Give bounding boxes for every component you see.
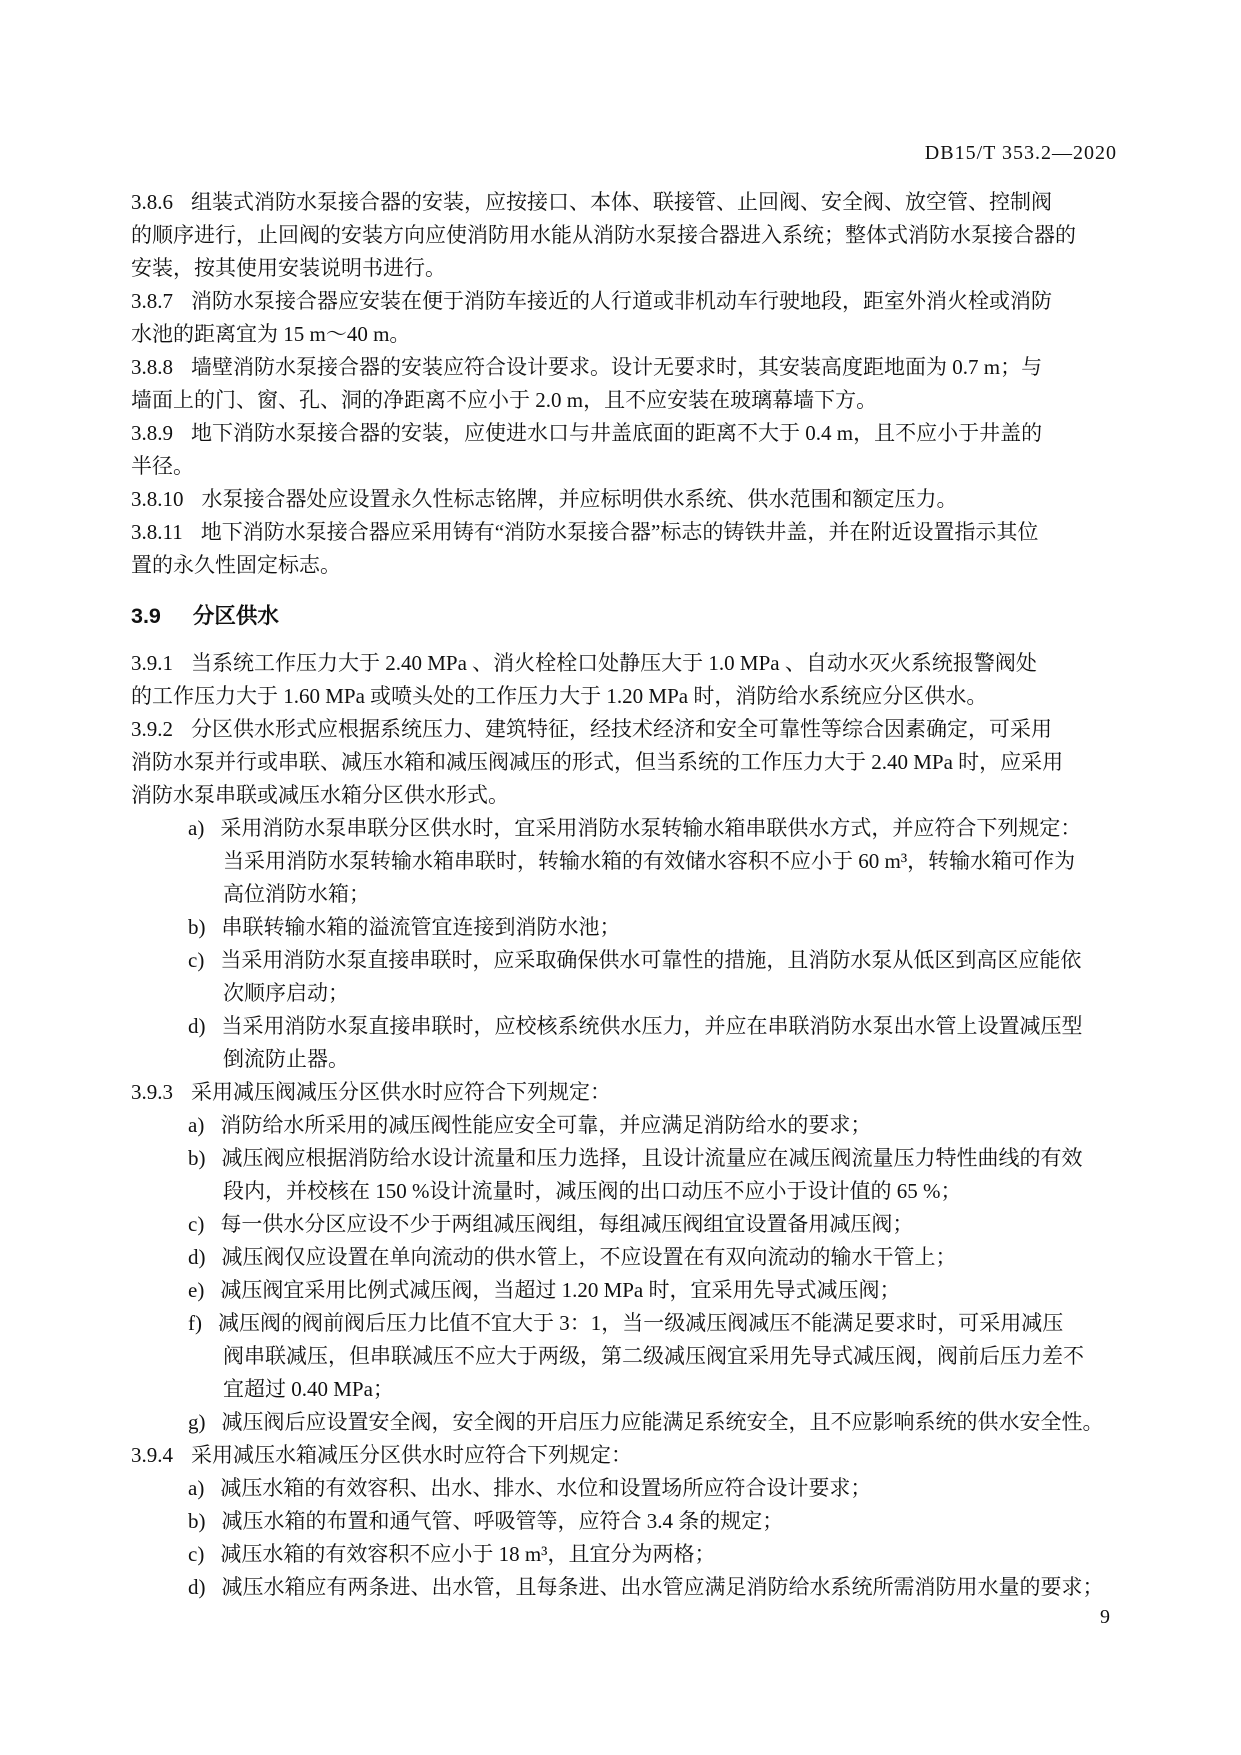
text-line: g)减压阀后应设置安全阀，安全阀的开启压力应能满足系统安全，且不应影响系统的供水… xyxy=(131,1406,1131,1439)
line-text: 半径。 xyxy=(131,454,194,478)
line-text: 减压水箱应有两条进、出水管，且每条进、出水管应满足消防给水系统所需消防用水量的要… xyxy=(222,1575,1104,1599)
list-item-letter: b) xyxy=(188,1505,206,1538)
clause-number: 3.8.9 xyxy=(131,417,173,450)
text-line: 次顺序启动； xyxy=(131,977,1131,1010)
line-text: 组装式消防水泵接合器的安装，应按接口、本体、联接管、止回阀、安全阀、放空管、控制… xyxy=(191,190,1052,214)
page-footer: 9 xyxy=(131,1606,1110,1629)
line-text: 高位消防水箱； xyxy=(223,882,370,906)
line-text: 采用减压阀减压分区供水时应符合下列规定： xyxy=(191,1080,611,1104)
text-line: c)减压水箱的有效容积不应小于 18 m³，且宜分为两格； xyxy=(131,1538,1131,1571)
text-line: b)串联转输水箱的溢流管宜连接到消防水池； xyxy=(131,911,1131,944)
list-item-letter: c) xyxy=(188,1208,204,1241)
line-text: 采用减压水箱减压分区供水时应符合下列规定： xyxy=(191,1443,632,1467)
section-3-9-block: 3.9.1当系统工作压力大于 2.40 MPa 、消火栓栓口处静压大于 1.0 … xyxy=(131,647,1131,1604)
text-line: 水池的距离宜为 15 m～40 m。 xyxy=(131,318,1131,351)
text-line: f)减压阀的阀前阀后压力比值不宜大于 3：1，当一级减压阀减压不能满足要求时，可… xyxy=(131,1307,1131,1340)
line-text: 水泵接合器处应设置永久性标志铭牌，并应标明供水系统、供水范围和额定压力。 xyxy=(202,487,958,511)
text-line: a)采用消防水泵串联分区供水时，宜采用消防水泵转输水箱串联供水方式，并应符合下列… xyxy=(131,812,1131,845)
text-line: 3.8.9地下消防水泵接合器的安装，应使进水口与井盖底面的距离不大于 0.4 m… xyxy=(131,417,1131,450)
text-line: 安装，按其使用安装说明书进行。 xyxy=(131,252,1131,285)
section-heading: 3.9 分区供水 xyxy=(131,600,1131,633)
line-text: 减压水箱的布置和通气管、呼吸管等，应符合 3.4 条的规定； xyxy=(222,1509,784,1533)
line-text: 减压阀仅应设置在单向流动的供水管上，不应设置在有双向流动的输水干管上； xyxy=(222,1245,957,1269)
clause-number: 3.9.3 xyxy=(131,1076,173,1109)
clause-number: 3.8.8 xyxy=(131,351,173,384)
line-text: 减压水箱的有效容积、出水、排水、水位和设置场所应符合设计要求； xyxy=(220,1476,871,1500)
text-line: 3.9.2分区供水形式应根据系统压力、建筑特征，经技术经济和安全可靠性等综合因素… xyxy=(131,713,1131,746)
text-line: 当采用消防水泵转输水箱串联时，转输水箱的有效储水容积不应小于 60 m³，转输水… xyxy=(131,845,1131,878)
line-text: 减压阀宜采用比例式减压阀，当超过 1.20 MPa 时，宜采用先导式减压阀； xyxy=(220,1278,900,1302)
text-line: 3.8.10水泵接合器处应设置永久性标志铭牌，并应标明供水系统、供水范围和额定压… xyxy=(131,483,1131,516)
list-item-letter: f) xyxy=(188,1307,202,1340)
list-item-letter: a) xyxy=(188,1109,204,1142)
text-line: 倒流防止器。 xyxy=(131,1043,1131,1076)
line-text: 减压阀的阀前阀后压力比值不宜大于 3：1，当一级减压阀减压不能满足要求时，可采用… xyxy=(218,1311,1063,1335)
list-item-letter: b) xyxy=(188,911,206,944)
list-item-letter: c) xyxy=(188,944,204,977)
line-text: 当采用消防水泵直接串联时，应采取确保供水可靠性的措施，且消防水泵从低区到高区应能… xyxy=(220,948,1081,972)
text-line: 3.8.7消防水泵接合器应安装在便于消防车接近的人行道或非机动车行驶地段，距室外… xyxy=(131,285,1131,318)
text-line: e)减压阀宜采用比例式减压阀，当超过 1.20 MPa 时，宜采用先导式减压阀； xyxy=(131,1274,1131,1307)
line-text: 减压阀应根据消防给水设计流量和压力选择，且设计流量应在减压阀流量压力特性曲线的有… xyxy=(222,1146,1083,1170)
line-text: 串联转输水箱的溢流管宜连接到消防水池； xyxy=(222,915,621,939)
list-item-letter: d) xyxy=(188,1241,206,1274)
text-line: b)减压阀应根据消防给水设计流量和压力选择，且设计流量应在减压阀流量压力特性曲线… xyxy=(131,1142,1131,1175)
list-item-letter: g) xyxy=(188,1406,206,1439)
page-number: 9 xyxy=(1100,1606,1110,1628)
text-line: 高位消防水箱； xyxy=(131,878,1131,911)
heading-title: 分区供水 xyxy=(193,604,279,628)
line-text: 分区供水形式应根据系统压力、建筑特征，经技术经济和安全可靠性等综合因素确定，可采… xyxy=(191,717,1052,741)
line-text: 每一供水分区应设不少于两组减压阀组，每组减压阀组宜设置备用减压阀； xyxy=(220,1212,913,1236)
list-item-letter: d) xyxy=(188,1010,206,1043)
document-page: DB15/T 353.2—2020 3.8.6组装式消防水泵接合器的安装，应按接… xyxy=(0,0,1241,1755)
line-text: 当采用消防水泵直接串联时，应校核系统供水压力，并应在串联消防水泵出水管上设置减压… xyxy=(222,1014,1083,1038)
text-line: a)消防给水所采用的减压阀性能应安全可靠，并应满足消防给水的要求； xyxy=(131,1109,1131,1142)
clause-number: 3.8.6 xyxy=(131,186,173,219)
list-item-letter: b) xyxy=(188,1142,206,1175)
text-line: 宜超过 0.40 MPa； xyxy=(131,1373,1131,1406)
list-item-letter: a) xyxy=(188,812,204,845)
line-text: 段内，并校核在 150 %设计流量时，减压阀的出口动压不应小于设计值的 65 %… xyxy=(223,1179,961,1203)
line-text: 消防水泵串联或减压水箱分区供水形式。 xyxy=(131,783,509,807)
text-line: 3.9.4采用减压水箱减压分区供水时应符合下列规定： xyxy=(131,1439,1131,1472)
section-3-8-block: 3.8.6组装式消防水泵接合器的安装，应按接口、本体、联接管、止回阀、安全阀、放… xyxy=(131,186,1131,582)
line-text: 减压阀后应设置安全阀，安全阀的开启压力应能满足系统安全，且不应影响系统的供水安全… xyxy=(222,1410,1104,1434)
text-line: 的顺序进行，止回阀的安装方向应使消防用水能从消防水泵接合器进入系统；整体式消防水… xyxy=(131,219,1131,252)
line-text: 的工作压力大于 1.60 MPa 或喷头处的工作压力大于 1.20 MPa 时，… xyxy=(131,684,987,708)
line-text: 当采用消防水泵转输水箱串联时，转输水箱的有效储水容积不应小于 60 m³，转输水… xyxy=(223,849,1075,873)
line-text: 减压水箱的有效容积不应小于 18 m³，且宜分为两格； xyxy=(220,1542,715,1566)
text-line: 置的永久性固定标志。 xyxy=(131,549,1131,582)
text-line: 的工作压力大于 1.60 MPa 或喷头处的工作压力大于 1.20 MPa 时，… xyxy=(131,680,1131,713)
standard-number: DB15/T 353.2—2020 xyxy=(925,142,1117,164)
text-line: d)减压阀仅应设置在单向流动的供水管上，不应设置在有双向流动的输水干管上； xyxy=(131,1241,1131,1274)
text-line: 3.8.8墙壁消防水泵接合器的安装应符合设计要求。设计无要求时，其安装高度距地面… xyxy=(131,351,1131,384)
text-line: c)当采用消防水泵直接串联时，应采取确保供水可靠性的措施，且消防水泵从低区到高区… xyxy=(131,944,1131,977)
line-text: 的顺序进行，止回阀的安装方向应使消防用水能从消防水泵接合器进入系统；整体式消防水… xyxy=(131,223,1076,247)
clause-number: 3.9.2 xyxy=(131,713,173,746)
text-line: 3.9.1当系统工作压力大于 2.40 MPa 、消火栓栓口处静压大于 1.0 … xyxy=(131,647,1131,680)
line-text: 地下消防水泵接合器的安装，应使进水口与井盖底面的距离不大于 0.4 m，且不应小… xyxy=(191,421,1042,445)
line-text: 安装，按其使用安装说明书进行。 xyxy=(131,256,446,280)
document-header: DB15/T 353.2—2020 xyxy=(131,142,1117,165)
line-text: 倒流防止器。 xyxy=(223,1047,349,1071)
line-text: 阀串联减压，但串联减压不应大于两级，第二级减压阀宜采用先导式减压阀，阀前后压力差… xyxy=(223,1344,1084,1368)
line-text: 消防水泵并行或串联、减压水箱和减压阀减压的形式，但当系统的工作压力大于 2.40… xyxy=(131,750,1063,774)
text-line: d)当采用消防水泵直接串联时，应校核系统供水压力，并应在串联消防水泵出水管上设置… xyxy=(131,1010,1131,1043)
text-line: 3.9.3采用减压阀减压分区供水时应符合下列规定： xyxy=(131,1076,1131,1109)
text-line: 消防水泵并行或串联、减压水箱和减压阀减压的形式，但当系统的工作压力大于 2.40… xyxy=(131,746,1131,779)
text-line: a)减压水箱的有效容积、出水、排水、水位和设置场所应符合设计要求； xyxy=(131,1472,1131,1505)
text-line: 3.8.11地下消防水泵接合器应采用铸有“消防水泵接合器”标志的铸铁井盖，并在附… xyxy=(131,516,1131,549)
line-text: 宜超过 0.40 MPa； xyxy=(223,1377,394,1401)
list-item-letter: e) xyxy=(188,1274,204,1307)
text-line: 3.8.6组装式消防水泵接合器的安装，应按接口、本体、联接管、止回阀、安全阀、放… xyxy=(131,186,1131,219)
list-item-letter: a) xyxy=(188,1472,204,1505)
line-text: 墙面上的门、窗、孔、洞的净距离不应小于 2.0 m，且不应安装在玻璃幕墙下方。 xyxy=(131,388,877,412)
text-line: 段内，并校核在 150 %设计流量时，减压阀的出口动压不应小于设计值的 65 %… xyxy=(131,1175,1131,1208)
text-line: 消防水泵串联或减压水箱分区供水形式。 xyxy=(131,779,1131,812)
list-item-letter: c) xyxy=(188,1538,204,1571)
line-text: 水池的距离宜为 15 m～40 m。 xyxy=(131,322,410,346)
line-text: 墙壁消防水泵接合器的安装应符合设计要求。设计无要求时，其安装高度距地面为 0.7… xyxy=(191,355,1042,379)
list-item-letter: d) xyxy=(188,1571,206,1604)
line-text: 消防水泵接合器应安装在便于消防车接近的人行道或非机动车行驶地段，距室外消火栓或消… xyxy=(191,289,1052,313)
clause-number: 3.8.7 xyxy=(131,285,173,318)
line-text: 当系统工作压力大于 2.40 MPa 、消火栓栓口处静压大于 1.0 MPa 、… xyxy=(191,651,1037,675)
text-line: c)每一供水分区应设不少于两组减压阀组，每组减压阀组宜设置备用减压阀； xyxy=(131,1208,1131,1241)
clause-number: 3.8.11 xyxy=(131,516,183,549)
line-text: 采用消防水泵串联分区供水时，宜采用消防水泵转输水箱串联供水方式，并应符合下列规定… xyxy=(220,816,1081,840)
text-line: 半径。 xyxy=(131,450,1131,483)
line-text: 地下消防水泵接合器应采用铸有“消防水泵接合器”标志的铸铁井盖，并在附近设置指示其… xyxy=(201,520,1039,544)
clause-number: 3.9.4 xyxy=(131,1439,173,1472)
heading-number: 3.9 xyxy=(131,600,161,633)
text-line: 墙面上的门、窗、孔、洞的净距离不应小于 2.0 m，且不应安装在玻璃幕墙下方。 xyxy=(131,384,1131,417)
clause-number: 3.8.10 xyxy=(131,483,184,516)
line-text: 消防给水所采用的减压阀性能应安全可靠，并应满足消防给水的要求； xyxy=(220,1113,871,1137)
clause-number: 3.9.1 xyxy=(131,647,173,680)
text-line: d)减压水箱应有两条进、出水管，且每条进、出水管应满足消防给水系统所需消防用水量… xyxy=(131,1571,1131,1604)
document-body: 3.8.6组装式消防水泵接合器的安装，应按接口、本体、联接管、止回阀、安全阀、放… xyxy=(131,186,1131,1604)
text-line: b)减压水箱的布置和通气管、呼吸管等，应符合 3.4 条的规定； xyxy=(131,1505,1131,1538)
line-text: 次顺序启动； xyxy=(223,981,349,1005)
text-line: 阀串联减压，但串联减压不应大于两级，第二级减压阀宜采用先导式减压阀，阀前后压力差… xyxy=(131,1340,1131,1373)
line-text: 置的永久性固定标志。 xyxy=(131,553,341,577)
